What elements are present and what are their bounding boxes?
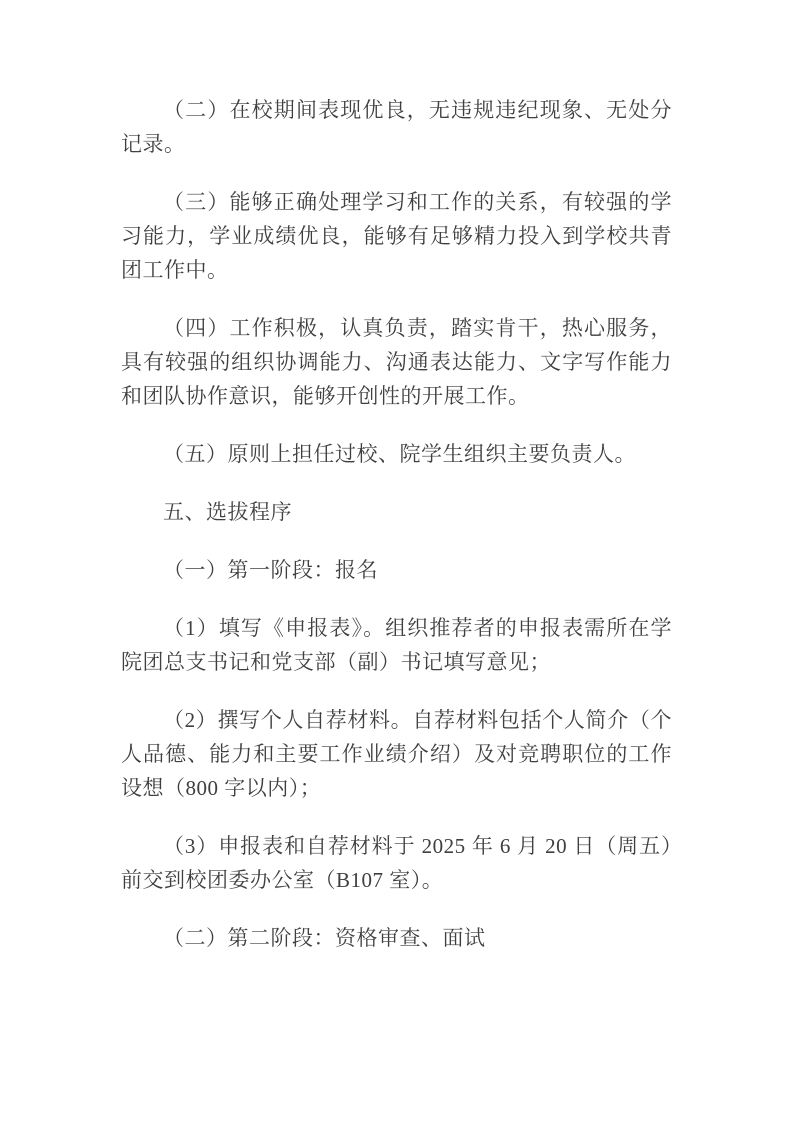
subheading: （一）第一阶段：报名 <box>121 553 672 587</box>
document-page: （二）在校期间表现优良，无违规违纪现象、无处分记录。（三）能够正确处理学习和工作… <box>0 0 793 1122</box>
heading: 五、选拔程序 <box>121 495 672 529</box>
paragraph: （2）撰写个人自荐材料。自荐材料包括个人简介（个人品德、能力和主要工作业绩介绍）… <box>121 703 672 805</box>
paragraph: （3）申报表和自荐材料于 2025 年 6 月 20 日（周五）前交到校团委办公… <box>121 829 672 897</box>
paragraph: （四）工作积极，认真负责，踏实肯干，热心服务，具有较强的组织协调能力、沟通表达能… <box>121 311 672 413</box>
paragraph: （五）原则上担任过校、院学生组织主要负责人。 <box>121 437 672 471</box>
paragraph: （1）填写《申报表》。组织推荐者的申报表需所在学院团总支书记和党支部（副）书记填… <box>121 611 672 679</box>
paragraph: （三）能够正确处理学习和工作的关系，有较强的学习能力，学业成绩优良，能够有足够精… <box>121 185 672 287</box>
paragraph: （二）在校期间表现优良，无违规违纪现象、无处分记录。 <box>121 93 672 161</box>
subheading: （二）第二阶段：资格审查、面试 <box>121 921 672 955</box>
document-body: （二）在校期间表现优良，无违规违纪现象、无处分记录。（三）能够正确处理学习和工作… <box>121 93 672 955</box>
